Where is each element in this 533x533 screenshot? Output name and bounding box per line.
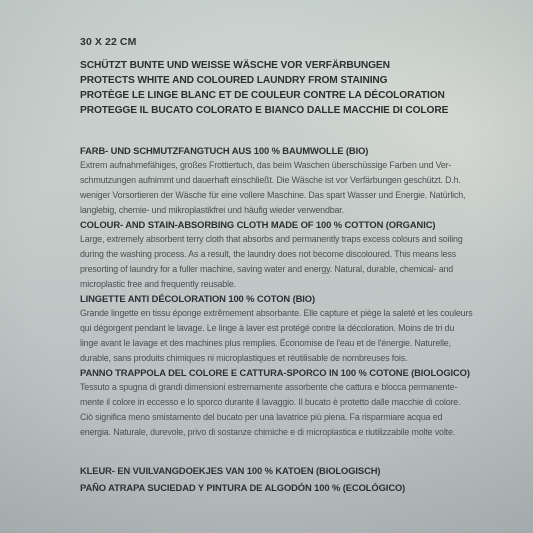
other-language-titles: KLEUR- EN VUILVANGDOEKJES VAN 100 % KATO… <box>80 462 480 496</box>
product-size: 30 X 22 CM <box>80 36 480 48</box>
body-line: schmutzungen aufnimmt und dauerhaft eins… <box>80 173 460 188</box>
claim-it: PROTEGGE IL BUCATO COLORATO E BIANCO DAL… <box>80 103 480 118</box>
body-line: qui dégorgent pendant le lavage. Le ling… <box>80 321 460 336</box>
body-line: Ciò significa meno smistamento del bucat… <box>80 410 460 425</box>
section-french: LINGETTE ANTI DÉCOLORATION 100 % COTON (… <box>80 292 480 366</box>
section-italian: PANNO TRAPPOLA DEL COLORE E CATTURA-SPOR… <box>80 366 480 440</box>
body-line: microplastic free and frequently reusabl… <box>80 277 460 292</box>
claim-de: SCHÜTZT BUNTE UND WEISSE WÄSCHE VOR VERF… <box>80 58 480 73</box>
section-title: COLOUR- AND STAIN-ABSORBING CLOTH MADE O… <box>80 218 480 232</box>
body-line: Extrem aufnahmefähiges, großes Frottiert… <box>80 158 460 173</box>
body-line: Large, extremely absorbent terry cloth t… <box>80 232 460 247</box>
body-line: linge avant le lavage et des machines pl… <box>80 336 460 351</box>
title-spanish: PAÑO ATRAPA SUCIEDAD Y PINTURA DE ALGODÓ… <box>80 479 480 496</box>
claim-fr: PROTÈGE LE LINGE BLANC ET DE COULEUR CON… <box>80 88 480 103</box>
body-line: weniger Vorsortieren der Wäsche für eine… <box>80 188 460 203</box>
claim-en: PROTECTS WHITE AND COLOURED LAUNDRY FROM… <box>80 73 480 88</box>
section-body: Extrem aufnahmefähiges, großes Frottiert… <box>80 158 460 218</box>
section-title: LINGETTE ANTI DÉCOLORATION 100 % COTON (… <box>80 292 480 306</box>
section-title: FARB- UND SCHMUTZFANGTUCH AUS 100 % BAUM… <box>80 144 480 158</box>
protection-claims: SCHÜTZT BUNTE UND WEISSE WÄSCHE VOR VERF… <box>80 58 480 118</box>
body-line: during the washing process. As a result,… <box>80 247 460 262</box>
body-line: presorting of laundry for a fuller machi… <box>80 262 460 277</box>
section-body: Grande lingette en tissu éponge extrêmem… <box>80 306 460 366</box>
title-dutch: KLEUR- EN VUILVANGDOEKJES VAN 100 % KATO… <box>80 462 480 479</box>
body-line: durable, sans produits chimiques ni micr… <box>80 351 460 366</box>
body-line: langlebig, chemie- und mikroplastikfrei … <box>80 203 460 218</box>
section-german: FARB- UND SCHMUTZFANGTUCH AUS 100 % BAUM… <box>80 144 480 218</box>
body-line: Tessuto a spugna di grandi dimensioni es… <box>80 380 460 395</box>
section-body: Large, extremely absorbent terry cloth t… <box>80 232 460 292</box>
section-english: COLOUR- AND STAIN-ABSORBING CLOTH MADE O… <box>80 218 480 292</box>
body-line: energia. Naturale, durevole, privo di so… <box>80 425 460 440</box>
body-line: Grande lingette en tissu éponge extrêmem… <box>80 306 460 321</box>
product-label: 30 X 22 CM SCHÜTZT BUNTE UND WEISSE WÄSC… <box>80 36 480 496</box>
section-title: PANNO TRAPPOLA DEL COLORE E CATTURA-SPOR… <box>80 366 480 380</box>
section-body: Tessuto a spugna di grandi dimensioni es… <box>80 380 460 440</box>
body-line: mente il colore in eccesso e lo sporco d… <box>80 395 460 410</box>
